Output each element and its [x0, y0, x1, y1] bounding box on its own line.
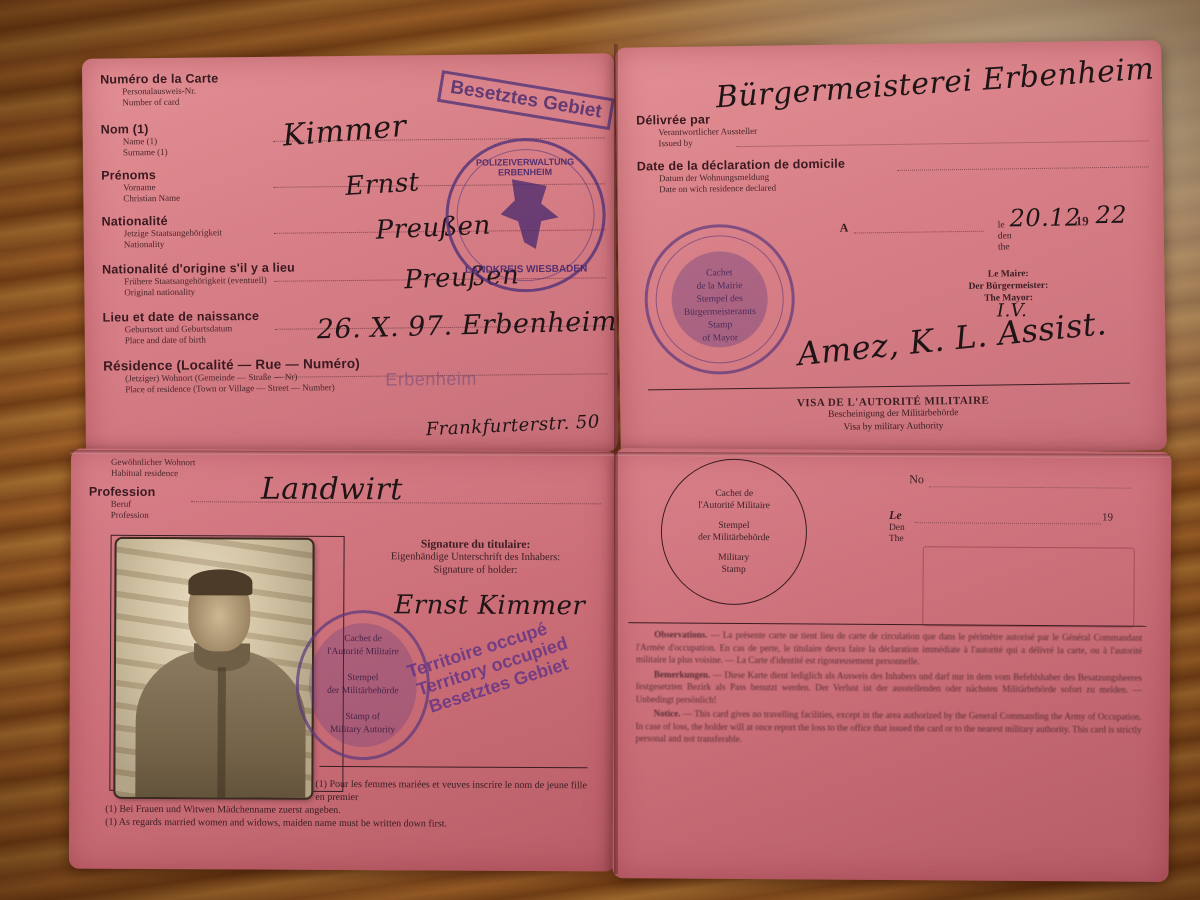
- divider: [319, 766, 587, 768]
- card-page-left-top: Numéro de la Carte Personalausweis-Nr. N…: [82, 53, 618, 457]
- card-page-right-bottom: Cachet de l'Autorité Militaire Stempel d…: [613, 448, 1172, 882]
- holder-signature-labels: Signature du titulaire: Eigenhändige Unt…: [340, 538, 610, 577]
- footnotes: (1) Pour les femmes mariées et veuves in…: [105, 777, 589, 832]
- dotline: [737, 140, 1149, 147]
- visa-military-authority-heading: VISA DE L'AUTORITÉ MILITAIRE Bescheinigu…: [620, 392, 1166, 438]
- dotline: [915, 522, 1101, 524]
- military-stamp-text: Cachet de l'Autorité Militaire Stempel d…: [299, 633, 428, 738]
- handwritten-residence-street: Frankfurterstr. 50: [425, 411, 600, 440]
- field-habitual-residence: Gewöhnlicher Wohnort Habitual residence: [111, 457, 195, 479]
- field-profession: Profession Beruf Profession: [89, 485, 156, 521]
- dotline: [929, 486, 1131, 488]
- dotline: [897, 166, 1149, 171]
- blank-box: [922, 546, 1135, 627]
- year-label: 19: [1102, 511, 1113, 523]
- observations-text: Observations. — La présente carte ne tie…: [635, 628, 1142, 748]
- field-declaration-date: Date de la déclaration de domicile Datum…: [637, 157, 846, 196]
- stamp-text-bottom: LANDKREIS WIESBADEN: [449, 263, 603, 276]
- mayor-labels: Le Maire: Der Bürgermeister: The Mayor:: [968, 268, 1048, 305]
- mayor-signature: Amez, K. L. Assist.: [796, 304, 1109, 373]
- military-stamp-placeholder: Cachet de l'Autorité Militaire Stempel d…: [660, 458, 807, 605]
- stamped-residence: Erbenheim: [385, 369, 477, 391]
- holder-photo: [115, 539, 312, 798]
- year-prefix: 19: [1076, 213, 1089, 229]
- mayor-stamp-text: Cachet de la Mairie Stempel des Bürgerme…: [647, 266, 792, 346]
- stamp-territoire-occupe: Territoire occupé Territory occupied Bes…: [405, 614, 576, 720]
- dotline: [854, 231, 984, 234]
- divider: [648, 383, 1130, 391]
- stamp-text-top: POLIZEIVERWALTUNG ERBENHEIM: [448, 156, 602, 178]
- place-prefix: A: [840, 221, 849, 236]
- handwritten-profession: Landwirt: [261, 472, 403, 508]
- vertical-fold: [614, 44, 618, 874]
- mayor-stamp: Cachet de la Mairie Stempel des Bürgerme…: [644, 223, 796, 375]
- card-page-left-bottom: Gewöhnlicher Wohnort Habitual residence …: [69, 449, 617, 872]
- police-eagle-stamp: POLIZEIVERWALTUNG ERBENHEIM LANDKREIS WI…: [445, 137, 607, 293]
- handwritten-date: 20.12: [1009, 203, 1081, 232]
- photo-hair: [188, 569, 252, 595]
- handwritten-year: 22: [1095, 201, 1127, 229]
- number-label: No: [909, 472, 924, 487]
- handwritten-issuer: Bürgermeisterei Erbenheim: [715, 51, 1156, 115]
- date-labels: Le Den The: [889, 510, 905, 545]
- card-page-right-top: Délivrée par Verantwortlicher Aussteller…: [615, 40, 1167, 458]
- handwritten-first-name: Ernst: [344, 167, 420, 202]
- military-authority-stamp-left: Cachet de l'Autorité Militaire Stempel d…: [295, 610, 430, 761]
- field-issued-by: Délivrée par Verantwortlicher Aussteller…: [636, 112, 757, 150]
